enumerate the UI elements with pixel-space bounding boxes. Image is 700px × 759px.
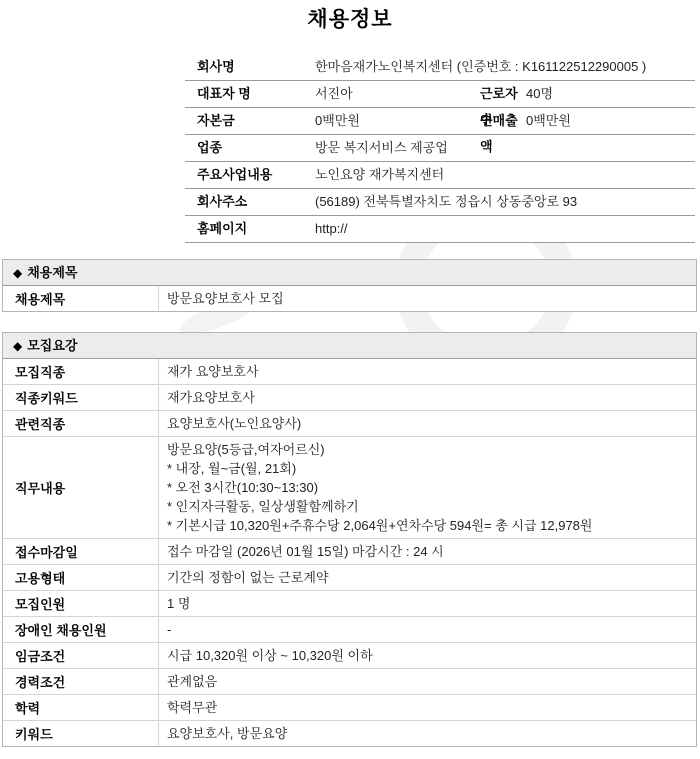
row-label: 모집직종 (3, 359, 159, 384)
company-field-value: 한마음재가노인복지센터 (인증번호 : K161122512290005 ) (315, 54, 695, 80)
row-label: 학력 (3, 695, 159, 720)
row-value: 시급 10,320원 이상 ~ 10,320원 이하 (159, 643, 696, 668)
row-value: 기간의 정함이 없는 근로계약 (159, 565, 696, 590)
table-row: 모집인원1 명 (3, 591, 696, 617)
row-label: 채용제목 (3, 286, 159, 311)
company-row: 자본금0백만원연매출액0백만원 (185, 108, 695, 135)
row-value: 학력무관 (159, 695, 696, 720)
row-label: 직종키워드 (3, 385, 159, 410)
table-row: 관련직종요양보호사(노인요양사) (3, 411, 696, 437)
section-body: 채용제목방문요양보호사 모집 (3, 286, 696, 311)
company-field-label: 대표자 명 (185, 81, 315, 107)
page-title: 채용정보 (0, 0, 700, 32)
company-field-value: (56189) 전북특별자치도 정읍시 상동중앙로 93 (315, 189, 695, 215)
section-job-title: ◆채용제목 채용제목방문요양보호사 모집 (2, 259, 697, 312)
row-value: 방문요양(5등급,여자어르신) * 내장, 월~금(월, 21회) * 오전 3… (159, 437, 696, 538)
company-table: 회사명한마음재가노인복지센터 (인증번호 : K161122512290005 … (185, 54, 695, 243)
row-value: 요양보호사(노인요양사) (159, 411, 696, 436)
company-field-label: 근로자수 (480, 81, 526, 107)
table-row: 학력학력무관 (3, 695, 696, 721)
table-row: 직무내용방문요양(5등급,여자어르신) * 내장, 월~금(월, 21회) * … (3, 437, 696, 539)
company-field-value: 노인요양 재가복지센터 (315, 162, 695, 188)
section-body: 모집직종재가 요양보호사직종키워드재가요양보호사관련직종요양보호사(노인요양사)… (3, 359, 696, 746)
table-row: 임금조건시급 10,320원 이상 ~ 10,320원 이하 (3, 643, 696, 669)
row-value: 방문요양보호사 모집 (159, 286, 696, 311)
table-row: 고용형태기간의 정함이 없는 근로계약 (3, 565, 696, 591)
section-title: 모집요강 (27, 338, 77, 353)
row-value: 재가요양보호사 (159, 385, 696, 410)
row-label: 장애인 채용인원 (3, 617, 159, 642)
section-header: ◆채용제목 (3, 260, 696, 286)
company-field-label: 회사명 (185, 54, 315, 80)
row-label: 임금조건 (3, 643, 159, 668)
company-row: 업종방문 복지서비스 제공업 (185, 135, 695, 162)
row-label: 고용형태 (3, 565, 159, 590)
company-field-value: 방문 복지서비스 제공업 (315, 135, 695, 161)
row-label: 키워드 (3, 721, 159, 746)
diamond-icon: ◆ (13, 266, 22, 280)
company-row: 대표자 명서진아근로자수40명 (185, 81, 695, 108)
company-row: 회사명한마음재가노인복지센터 (인증번호 : K161122512290005 … (185, 54, 695, 81)
table-row: 접수마감일접수 마감일 (2026년 01월 15일) 마감시간 : 24 시 (3, 539, 696, 565)
table-row: 장애인 채용인원- (3, 617, 696, 643)
row-label: 경력조건 (3, 669, 159, 694)
company-field-value: 40명 (526, 81, 695, 107)
row-label: 직무내용 (3, 437, 159, 538)
row-value: 요양보호사, 방문요양 (159, 721, 696, 746)
row-label: 관련직종 (3, 411, 159, 436)
row-value: 관계없음 (159, 669, 696, 694)
row-label: 접수마감일 (3, 539, 159, 564)
table-row: 키워드요양보호사, 방문요양 (3, 721, 696, 746)
table-row: 모집직종재가 요양보호사 (3, 359, 696, 385)
company-field-label: 홈페이지 (185, 216, 315, 242)
row-value: - (159, 617, 696, 642)
company-row: 주요사업내용노인요양 재가복지센터 (185, 162, 695, 189)
section-title: 채용제목 (27, 265, 77, 280)
table-row: 경력조건관계없음 (3, 669, 696, 695)
row-value: 1 명 (159, 591, 696, 616)
section-header: ◆모집요강 (3, 333, 696, 359)
company-field-label: 자본금 (185, 108, 315, 134)
table-row: 직종키워드재가요양보호사 (3, 385, 696, 411)
diamond-icon: ◆ (13, 339, 22, 353)
company-field-value: http:// (315, 216, 695, 242)
company-row: 회사주소(56189) 전북특별자치도 정읍시 상동중앙로 93 (185, 189, 695, 216)
table-row: 채용제목방문요양보호사 모집 (3, 286, 696, 311)
job-info-page: 채용정보 회사명한마음재가노인복지센터 (인증번호 : K16112251229… (0, 0, 700, 747)
section-recruitment-details: ◆모집요강 모집직종재가 요양보호사직종키워드재가요양보호사관련직종요양보호사(… (2, 332, 697, 747)
row-value: 재가 요양보호사 (159, 359, 696, 384)
company-field-label: 업종 (185, 135, 315, 161)
company-field-label: 회사주소 (185, 189, 315, 215)
company-field-value: 0백만원 (526, 108, 695, 134)
row-value: 접수 마감일 (2026년 01월 15일) 마감시간 : 24 시 (159, 539, 696, 564)
company-row: 홈페이지http:// (185, 216, 695, 243)
company-field-label: 연매출액 (480, 108, 526, 134)
company-field-label: 주요사업내용 (185, 162, 315, 188)
company-field-value: 0백만원 (315, 108, 480, 134)
row-label: 모집인원 (3, 591, 159, 616)
company-field-value: 서진아 (315, 81, 480, 107)
